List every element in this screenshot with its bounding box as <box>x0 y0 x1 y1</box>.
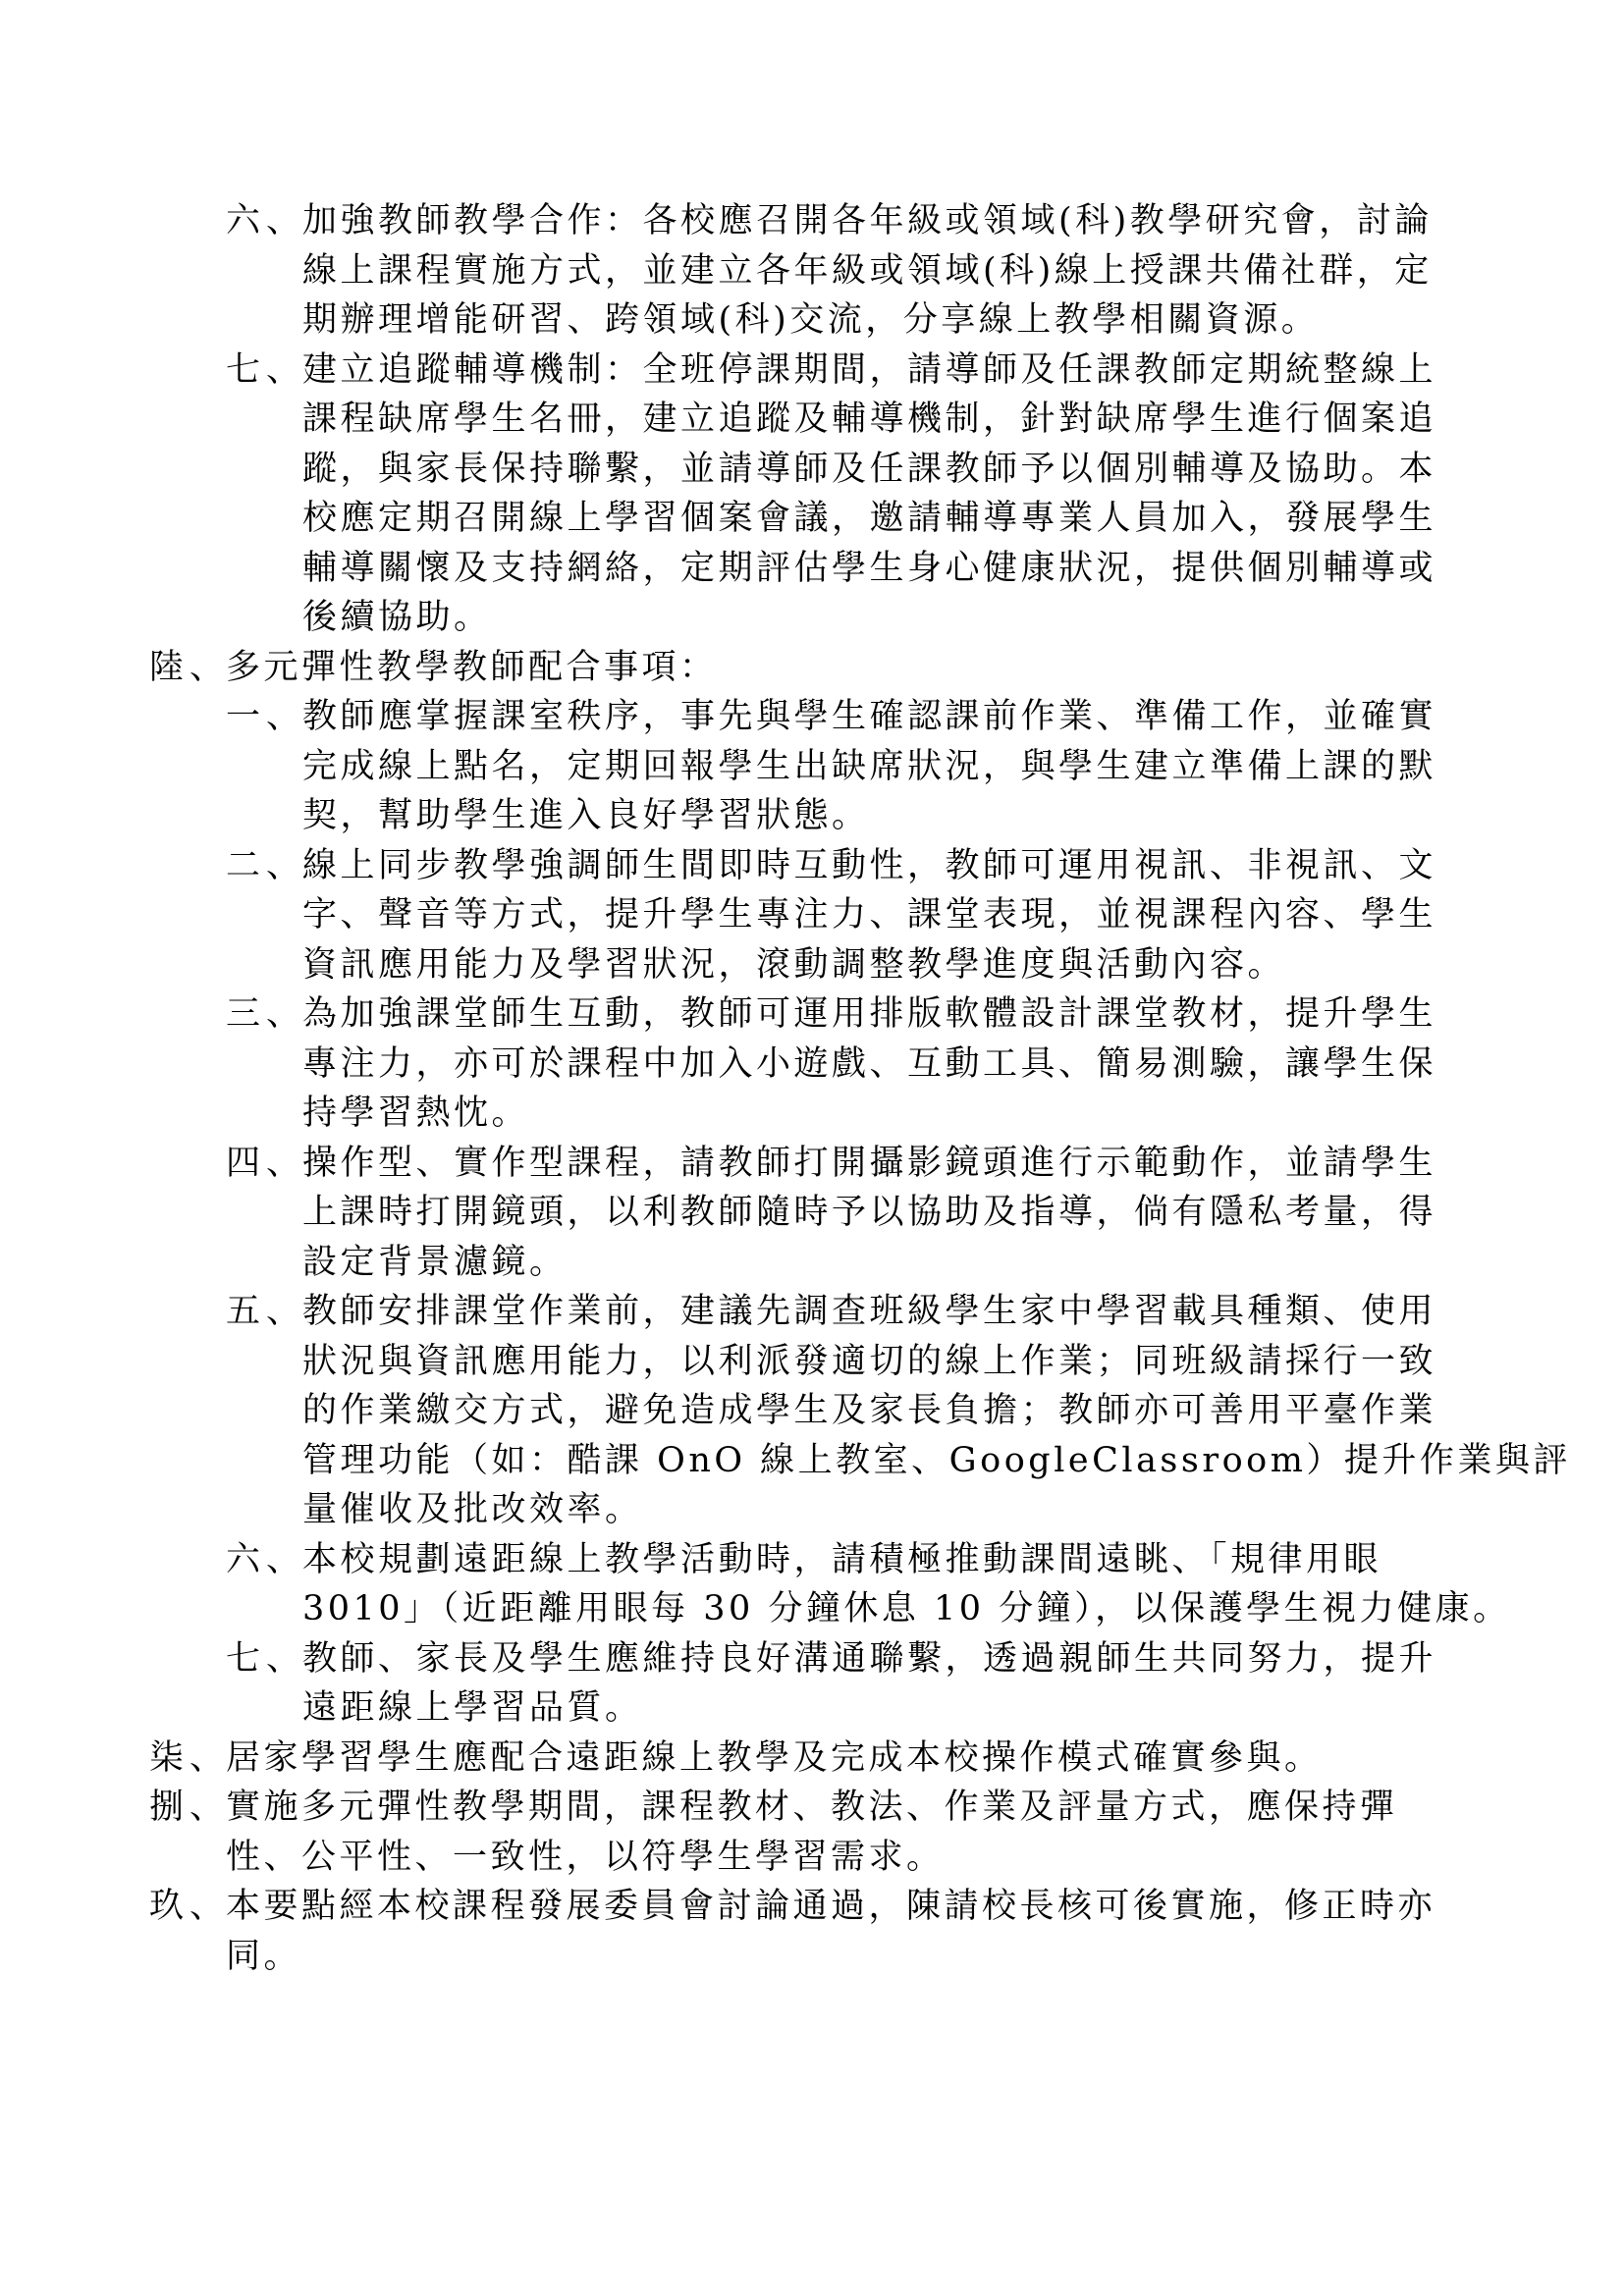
item-text: 教師、家長及學生應維持良好溝通聯繫，透過親師生共同努力，提升 <box>302 1634 1436 1684</box>
paragraph-line: 課程缺席學生名冊，建立追蹤及輔導機制，針對缺席學生進行個案追 <box>0 395 1624 445</box>
paragraph-line: 後續協助。 <box>0 593 1624 643</box>
paragraph-line: 三、 為加強課堂師生互動，教師可運用排版軟體設計課堂教材，提升學生 <box>0 989 1624 1040</box>
item-text: 資訊應用能力及學習狀況，滾動調整教學進度與活動內容。 <box>302 940 1285 990</box>
item-text: 設定背景濾鏡。 <box>302 1238 568 1288</box>
item-5-homework-assignment: 五、 教師安排課堂作業前，建議先調查班級學生家中學習載具種類、使用 狀況與資訊應… <box>0 1287 1624 1535</box>
paragraph-line: 六、 加強教師教學合作：各校應召開各年級或領域(科)教學研究會，討論 <box>0 196 1624 246</box>
item-1-classroom-order: 一、 教師應掌握課室秩序，事先與學生確認課前作業、準備工作，並確實 完成線上點名… <box>0 692 1624 841</box>
item-4-hands-on-courses: 四、 操作型、實作型課程，請教師打開攝影鏡頭進行示範動作，並請學生 上課時打開鏡… <box>0 1139 1624 1288</box>
section-label: 柒、 <box>149 1734 226 1784</box>
item-label: 六、 <box>226 1535 302 1585</box>
section-text: 性、公平性、一致性，以符學生學習需求。 <box>226 1833 945 1883</box>
item-label: 二、 <box>226 841 302 891</box>
section-9-approval: 玖、 本要點經本校課程發展委員會討論通過，陳請校長核可後實施，修正時亦 同。 <box>0 1882 1624 1981</box>
item-text: 課程缺席學生名冊，建立追蹤及輔導機制，針對缺席學生進行個案追 <box>302 395 1436 445</box>
section-label: 玖、 <box>149 1882 226 1932</box>
item-text: 契，幫助學生進入良好學習狀態。 <box>302 791 870 841</box>
section-heading: 柒、 居家學習學生應配合遠距線上教學及完成本校操作模式確實參與。 <box>0 1734 1624 1784</box>
item-text: 本校規劃遠距線上教學活動時，請積極推動課間遠眺、「規律用眼 <box>302 1535 1381 1585</box>
item-text: 字、聲音等方式，提升學生專注力、課堂表現，並視課程內容、學生 <box>302 890 1436 940</box>
item-text: 校應定期召開線上學習個案會議，邀請輔導專業人員加入，發展學生 <box>302 494 1436 544</box>
paragraph-line: 狀況與資訊應用能力，以利派發適切的線上作業；同班級請採行一致 <box>0 1337 1624 1387</box>
item-label: 三、 <box>226 989 302 1040</box>
paragraph-line: 七、 教師、家長及學生應維持良好溝通聯繫，透過親師生共同努力，提升 <box>0 1634 1624 1684</box>
item-text: 輔導關懷及支持網絡，定期評估學生身心健康狀況，提供個別輔導或 <box>302 544 1436 594</box>
section-heading: 陸、 多元彈性教學教師配合事項： <box>0 643 1624 693</box>
item-text: 管理功能（如：酷課 OnO 線上教室、GoogleClassroom）提升作業與… <box>302 1436 1571 1486</box>
item-text: 線上同步教學強調師生間即時互動性，教師可運用視訊、非視訊、文 <box>302 841 1436 891</box>
item-text: 專注力，亦可於課程中加入小遊戲、互動工具、簡易測驗，讓學生保 <box>302 1040 1436 1090</box>
paragraph-line: 持學習熱忱。 <box>0 1089 1624 1139</box>
item-label: 七、 <box>226 1634 302 1684</box>
paragraph-line: 同。 <box>0 1932 1624 1982</box>
section-title: 多元彈性教學教師配合事項： <box>226 643 718 693</box>
paragraph-line: 一、 教師應掌握課室秩序，事先與學生確認課前作業、準備工作，並確實 <box>0 692 1624 742</box>
item-7-tracking-mechanism: 七、 建立追蹤輔導機制：全班停課期間，請導師及任課教師定期統整線上 課程缺席學生… <box>0 346 1624 643</box>
paragraph-line: 期辦理增能研習、跨領域(科)交流，分享線上教學相關資源。 <box>0 295 1624 346</box>
item-3-interactive-materials: 三、 為加強課堂師生互動，教師可運用排版軟體設計課堂教材，提升學生 專注力，亦可… <box>0 989 1624 1139</box>
paragraph-line: 管理功能（如：酷課 OnO 線上教室、GoogleClassroom）提升作業與… <box>0 1436 1624 1486</box>
paragraph-line: 上課時打開鏡頭，以利教師隨時予以協助及指導，倘有隱私考量，得 <box>0 1188 1624 1238</box>
item-2-synchronous-interaction: 二、 線上同步教學強調師生間即時互動性，教師可運用視訊、非視訊、文 字、聲音等方… <box>0 841 1624 990</box>
section-text: 實施多元彈性教學期間，課程教材、教法、作業及評量方式，應保持彈 <box>226 1783 1398 1833</box>
paragraph-line: 五、 教師安排課堂作業前，建議先調查班級學生家中學習載具種類、使用 <box>0 1287 1624 1337</box>
section-text: 同。 <box>226 1932 301 1982</box>
item-text: 上課時打開鏡頭，以利教師隨時予以協助及指導，倘有隱私考量，得 <box>302 1188 1436 1238</box>
item-text: 狀況與資訊應用能力，以利派發適切的線上作業；同班級請採行一致 <box>302 1337 1436 1387</box>
item-text: 教師安排課堂作業前，建議先調查班級學生家中學習載具種類、使用 <box>302 1287 1436 1337</box>
item-label: 四、 <box>226 1139 302 1189</box>
paragraph-line: 線上課程實施方式，並建立各年級或領域(科)線上授課共備社群，定 <box>0 246 1624 296</box>
item-text: 為加強課堂師生互動，教師可運用排版軟體設計課堂教材，提升學生 <box>302 989 1436 1040</box>
item-text: 後續協助。 <box>302 593 492 643</box>
paragraph-line: 的作業繳交方式，避免造成學生及家長負擔；教師亦可善用平臺作業 <box>0 1386 1624 1436</box>
item-text: 加強教師教學合作：各校應召開各年級或領域(科)教學研究會，討論 <box>302 196 1433 246</box>
item-text: 操作型、實作型課程，請教師打開攝影鏡頭進行示範動作，並請學生 <box>302 1139 1436 1189</box>
section-text: 居家學習學生應配合遠距線上教學及完成本校操作模式確實參與。 <box>226 1734 1323 1784</box>
paragraph-line: 二、 線上同步教學強調師生間即時互動性，教師可運用視訊、非視訊、文 <box>0 841 1624 891</box>
item-text: 教師應掌握課室秩序，事先與學生確認課前作業、準備工作，並確實 <box>302 692 1436 742</box>
item-label: 一、 <box>226 692 302 742</box>
paragraph-line: 字、聲音等方式，提升學生專注力、課堂表現，並視課程內容、學生 <box>0 890 1624 940</box>
item-label: 七、 <box>226 346 302 396</box>
paragraph-line: 遠距線上學習品質。 <box>0 1683 1624 1734</box>
item-text: 持學習熱忱。 <box>302 1089 529 1139</box>
paragraph-line: 契，幫助學生進入良好學習狀態。 <box>0 791 1624 841</box>
paragraph-line: 六、 本校規劃遠距線上教學活動時，請積極推動課間遠眺、「規律用眼 <box>0 1535 1624 1585</box>
item-label: 六、 <box>226 196 302 246</box>
item-text: 的作業繳交方式，避免造成學生及家長負擔；教師亦可善用平臺作業 <box>302 1386 1436 1436</box>
document-body: 六、 加強教師教學合作：各校應召開各年級或領域(科)教學研究會，討論 線上課程實… <box>0 196 1624 1981</box>
section-6-teacher-cooperation-heading: 陸、 多元彈性教學教師配合事項： <box>0 643 1624 693</box>
item-6-teacher-collaboration: 六、 加強教師教學合作：各校應召開各年級或領域(科)教學研究會，討論 線上課程實… <box>0 196 1624 346</box>
section-8-flexibility: 捌、 實施多元彈性教學期間，課程教材、教法、作業及評量方式，應保持彈 性、公平性… <box>0 1783 1624 1882</box>
item-text: 遠距線上學習品質。 <box>302 1683 643 1734</box>
section-text: 本要點經本校課程發展委員會討論通過，陳請校長核可後實施，修正時亦 <box>226 1882 1435 1932</box>
section-7-home-learning: 柒、 居家學習學生應配合遠距線上教學及完成本校操作模式確實參與。 <box>0 1734 1624 1784</box>
item-text: 蹤，與家長保持聯繫，並請導師及任課教師予以個別輔導及協助。本 <box>302 445 1436 495</box>
paragraph-line: 專注力，亦可於課程中加入小遊戲、互動工具、簡易測驗，讓學生保 <box>0 1040 1624 1090</box>
section-label: 捌、 <box>149 1783 226 1833</box>
paragraph-line: 量催收及批改效率。 <box>0 1485 1624 1535</box>
section-heading: 玖、 本要點經本校課程發展委員會討論通過，陳請校長核可後實施，修正時亦 <box>0 1882 1624 1932</box>
item-text: 完成線上點名，定期回報學生出缺席狀況，與學生建立準備上課的默 <box>302 742 1436 792</box>
paragraph-line: 四、 操作型、實作型課程，請教師打開攝影鏡頭進行示範動作，並請學生 <box>0 1139 1624 1189</box>
item-text: 量催收及批改效率。 <box>302 1485 643 1535</box>
paragraph-line: 設定背景濾鏡。 <box>0 1238 1624 1288</box>
item-6-eye-health: 六、 本校規劃遠距線上教學活動時，請積極推動課間遠眺、「規律用眼 3010」（近… <box>0 1535 1624 1634</box>
paragraph-line: 輔導關懷及支持網絡，定期評估學生身心健康狀況，提供個別輔導或 <box>0 544 1624 594</box>
item-text: 期辦理增能研習、跨領域(科)交流，分享線上教學相關資源。 <box>302 295 1319 346</box>
document-page: 六、 加強教師教學合作：各校應召開各年級或領域(科)教學研究會，討論 線上課程實… <box>0 0 1624 2296</box>
paragraph-line: 完成線上點名，定期回報學生出缺席狀況，與學生建立準備上課的默 <box>0 742 1624 792</box>
paragraph-line: 蹤，與家長保持聯繫，並請導師及任課教師予以個別輔導及協助。本 <box>0 445 1624 495</box>
item-text: 3010」（近距離用眼每 30 分鐘休息 10 分鐘），以保護學生視力健康。 <box>302 1584 1511 1634</box>
paragraph-line: 3010」（近距離用眼每 30 分鐘休息 10 分鐘），以保護學生視力健康。 <box>0 1584 1624 1634</box>
item-label: 五、 <box>226 1287 302 1337</box>
paragraph-line: 性、公平性、一致性，以符學生學習需求。 <box>0 1833 1624 1883</box>
paragraph-line: 七、 建立追蹤輔導機制：全班停課期間，請導師及任課教師定期統整線上 <box>0 346 1624 396</box>
section-label: 陸、 <box>149 643 226 693</box>
item-text: 建立追蹤輔導機制：全班停課期間，請導師及任課教師定期統整線上 <box>302 346 1436 396</box>
item-7-communication: 七、 教師、家長及學生應維持良好溝通聯繫，透過親師生共同努力，提升 遠距線上學習… <box>0 1634 1624 1734</box>
item-text: 線上課程實施方式，並建立各年級或領域(科)線上授課共備社群，定 <box>302 246 1433 296</box>
paragraph-line: 校應定期召開線上學習個案會議，邀請輔導專業人員加入，發展學生 <box>0 494 1624 544</box>
paragraph-line: 資訊應用能力及學習狀況，滾動調整教學進度與活動內容。 <box>0 940 1624 990</box>
section-heading: 捌、 實施多元彈性教學期間，課程教材、教法、作業及評量方式，應保持彈 <box>0 1783 1624 1833</box>
